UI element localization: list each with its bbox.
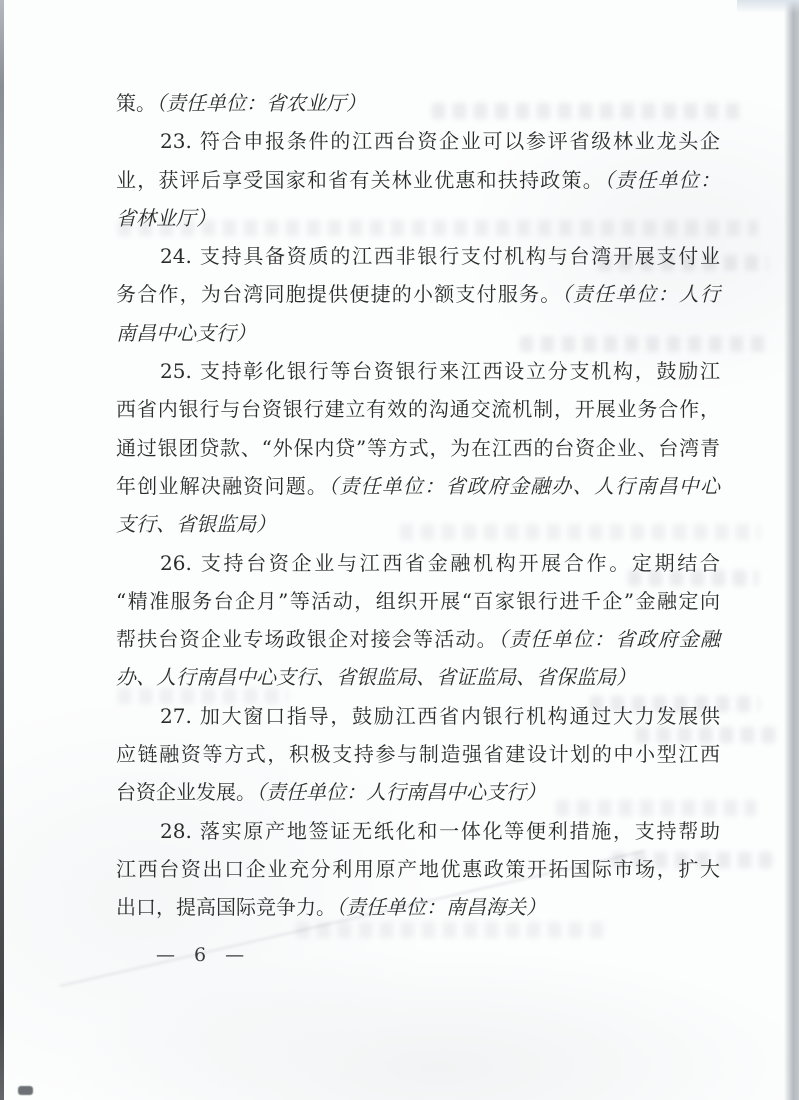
- body-text: 业，获评后享受国家和省有关林业优惠和扶持政策。: [116, 168, 604, 192]
- document-lines: 策。（责任单位：省农业厅）23. 符合申报条件的江西台资企业可以参评省级林业龙头…: [116, 84, 720, 927]
- scan-top-right-corner-glare: [737, 0, 799, 13]
- text-line: 28. 落实原产地签证无纸化和一体化等便利措施，支持帮助: [116, 812, 720, 850]
- responsible-unit-text: （责任单位：人行南昌中心支行）: [256, 780, 546, 804]
- body-text: “精准服务台企月”等活动，组织开展“百家银行进千企”金融定向: [116, 589, 720, 613]
- scan-bottom-left-mark: [18, 1086, 33, 1095]
- responsible-unit-text: （责任单位：省政府金融: [498, 627, 720, 651]
- body-text: 策。: [116, 91, 156, 115]
- text-line: 帮扶台资企业专场政银企对接会等活动。（责任单位：省政府金融: [116, 620, 720, 658]
- body-text: 28. 落实原产地签证无纸化和一体化等便利措施，支持帮助: [160, 819, 720, 843]
- text-line: “精准服务台企月”等活动，组织开展“百家银行进千企”金融定向: [116, 582, 720, 620]
- text-line: 应链融资等方式，积极支持参与制造强省建设计划的中小型江西: [116, 735, 720, 773]
- body-text: 年创业解决融资问题。: [116, 474, 328, 498]
- responsible-unit-text: （责任单位：省政府金融办、人行南昌中心: [328, 474, 720, 498]
- responsible-unit-text: （责任单位：人行: [562, 282, 721, 306]
- text-line: 业，获评后享受国家和省有关林业优惠和扶持政策。（责任单位：: [116, 161, 720, 199]
- body-text: 西省内银行与台资银行建立有效的沟通交流机制，开展业务合作，: [116, 397, 720, 421]
- body-text: 出口，提高国际竞争力。: [116, 895, 336, 919]
- responsible-unit-text: 办、人行南昌中心支行、省银监局、省证监局、省保监局）: [116, 665, 636, 689]
- text-line: 23. 符合申报条件的江西台资企业可以参评省级林业龙头企: [116, 122, 720, 160]
- text-line: 24. 支持具备资质的江西非银行支付机构与台湾开展支付业: [116, 237, 720, 275]
- body-text: 江西台资出口企业充分利用原产地优惠政策开拓国际市场，扩大: [116, 857, 720, 881]
- scan-left-edge-shadow: [0, 0, 4, 1100]
- responsible-unit-text: 省林业厅）: [116, 206, 216, 230]
- page-number: — 6 —: [156, 944, 246, 966]
- text-line: 务合作，为台湾同胞提供便捷的小额支付服务。（责任单位：人行: [116, 275, 720, 313]
- text-line: 支行、省银监局）: [116, 505, 720, 543]
- text-line: 南昌中心支行）: [116, 314, 720, 352]
- text-line: 台资企业发展。（责任单位：人行南昌中心支行）: [116, 773, 720, 811]
- text-line: 江西台资出口企业充分利用原产地优惠政策开拓国际市场，扩大: [116, 850, 720, 888]
- body-text: 应链融资等方式，积极支持参与制造强省建设计划的中小型江西: [116, 742, 720, 766]
- responsible-unit-text: 南昌中心支行）: [116, 321, 256, 345]
- body-text: 通过银团贷款、“外保内贷”等方式，为在江西的台资企业、台湾青: [116, 436, 720, 460]
- text-line: 省林业厅）: [116, 199, 720, 237]
- body-text: 帮扶台资企业专场政银企对接会等活动。: [116, 627, 498, 651]
- body-text: 24. 支持具备资质的江西非银行支付机构与台湾开展支付业: [160, 244, 720, 268]
- text-line: 年创业解决融资问题。（责任单位：省政府金融办、人行南昌中心: [116, 467, 720, 505]
- body-text: 台资企业发展。: [116, 780, 256, 804]
- scanned-document-page: 策。（责任单位：省农业厅）23. 符合申报条件的江西台资企业可以参评省级林业龙头…: [0, 0, 799, 1100]
- responsible-unit-text: 支行、省银监局）: [116, 512, 276, 536]
- body-text: 务合作，为台湾同胞提供便捷的小额支付服务。: [116, 282, 562, 306]
- body-text: 25. 支持彰化银行等台资银行来江西设立分支机构，鼓励江: [160, 359, 720, 383]
- text-line: 27. 加大窗口指导，鼓励江西省内银行机构通过大力发展供: [116, 697, 720, 735]
- text-line: 策。（责任单位：省农业厅）: [116, 84, 720, 122]
- responsible-unit-text: （责任单位：南昌海关）: [336, 895, 546, 919]
- responsible-unit-text: （责任单位：省农业厅）: [156, 91, 366, 115]
- text-line: 西省内银行与台资银行建立有效的沟通交流机制，开展业务合作，: [116, 390, 720, 428]
- scan-right-edge-shadow: [784, 0, 799, 1100]
- text-line: 出口，提高国际竞争力。（责任单位：南昌海关）: [116, 888, 720, 926]
- body-text: 27. 加大窗口指导，鼓励江西省内银行机构通过大力发展供: [160, 704, 720, 728]
- text-line: 25. 支持彰化银行等台资银行来江西设立分支机构，鼓励江: [116, 352, 720, 390]
- body-text: 23. 符合申报条件的江西台资企业可以参评省级林业龙头企: [160, 129, 720, 153]
- responsible-unit-text: （责任单位：: [604, 168, 720, 192]
- text-line: 26. 支持台资企业与江西省金融机构开展合作。定期结合: [116, 544, 720, 582]
- body-text: 26. 支持台资企业与江西省金融机构开展合作。定期结合: [160, 551, 720, 575]
- text-line: 办、人行南昌中心支行、省银监局、省证监局、省保监局）: [116, 658, 720, 696]
- text-line: 通过银团贷款、“外保内贷”等方式，为在江西的台资企业、台湾青: [116, 429, 720, 467]
